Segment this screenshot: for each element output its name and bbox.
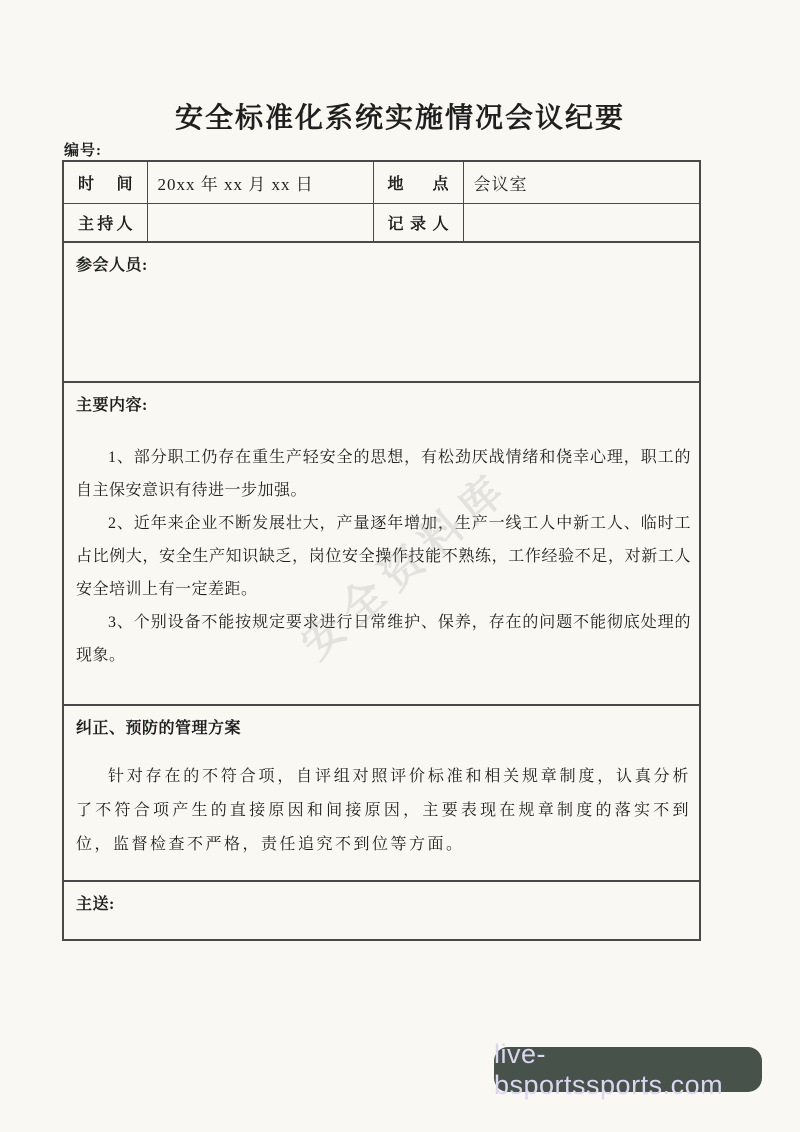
correction-title: 纠正、预防的管理方案 <box>76 720 241 737</box>
content-item: 2、近年来企业不断发展壮大，产量逐年增加，生产一线工人中新工人、临时工占比例大，… <box>76 507 691 606</box>
correction-cell: 纠正、预防的管理方案 针对存在的不符合项，自评组对照评价标准和相关规章制度，认真… <box>63 705 700 881</box>
participants-label: 参会人员: <box>76 257 148 274</box>
delivery-cell: 主送: <box>63 881 700 940</box>
main-content-cell: 主要内容: 1、部分职工仍存在重生产轻安全的思想，有松劲厌战情绪和侥幸心理，职工… <box>63 382 700 705</box>
document-title: 安全标准化系统实施情况会议纪要 <box>0 96 800 136</box>
delivery-label: 主送: <box>76 896 115 913</box>
table-row: 时间 20xx 年 xx 月 xx 日 地点 会议室 <box>63 161 700 204</box>
location-value-cell: 会议室 <box>463 161 700 204</box>
document-page: 安全标准化系统实施情况会议纪要 编号: 时间 20xx 年 xx 月 xx 日 … <box>0 0 800 1132</box>
table-row: 主持人 记录人 <box>63 204 700 243</box>
recorder-value-cell <box>463 204 700 243</box>
main-content-label: 主要内容: <box>76 397 148 414</box>
correction-body: 针对存在的不符合项，自评组对照评价标准和相关规章制度，认真分析了不符合项产生的直… <box>76 760 691 862</box>
table-row: 主送: <box>63 881 700 940</box>
recorder-label-cell: 记录人 <box>373 204 463 243</box>
meeting-minutes-table: 时间 20xx 年 xx 月 xx 日 地点 会议室 主持人 记录人 参会人员:… <box>62 160 701 941</box>
time-label-cell: 时间 <box>63 161 147 204</box>
content-item: 1、部分职工仍存在重生产轻安全的思想，有松劲厌战情绪和侥幸心理，职工的自主保安意… <box>76 441 691 507</box>
document-number-label: 编号: <box>64 139 102 160</box>
time-value-cell: 20xx 年 xx 月 xx 日 <box>147 161 373 204</box>
correction-paragraph: 针对存在的不符合项，自评组对照评价标准和相关规章制度，认真分析了不符合项产生的直… <box>76 760 691 862</box>
host-value-cell <box>147 204 373 243</box>
table-row: 参会人员: <box>63 242 700 382</box>
content-item: 3、个别设备不能按规定要求进行日常维护、保养，存在的问题不能彻底处理的现象。 <box>76 606 691 672</box>
participants-cell: 参会人员: <box>63 242 700 382</box>
table-row: 纠正、预防的管理方案 针对存在的不符合项，自评组对照评价标准和相关规章制度，认真… <box>63 705 700 881</box>
table-row: 主要内容: 1、部分职工仍存在重生产轻安全的思想，有松劲厌战情绪和侥幸心理，职工… <box>63 382 700 705</box>
host-label-cell: 主持人 <box>63 204 147 243</box>
main-content-body: 1、部分职工仍存在重生产轻安全的思想，有松劲厌战情绪和侥幸心理，职工的自主保安意… <box>76 441 691 672</box>
site-watermark-badge: live-bsportssports.com <box>494 1047 762 1092</box>
location-label-cell: 地点 <box>373 161 463 204</box>
